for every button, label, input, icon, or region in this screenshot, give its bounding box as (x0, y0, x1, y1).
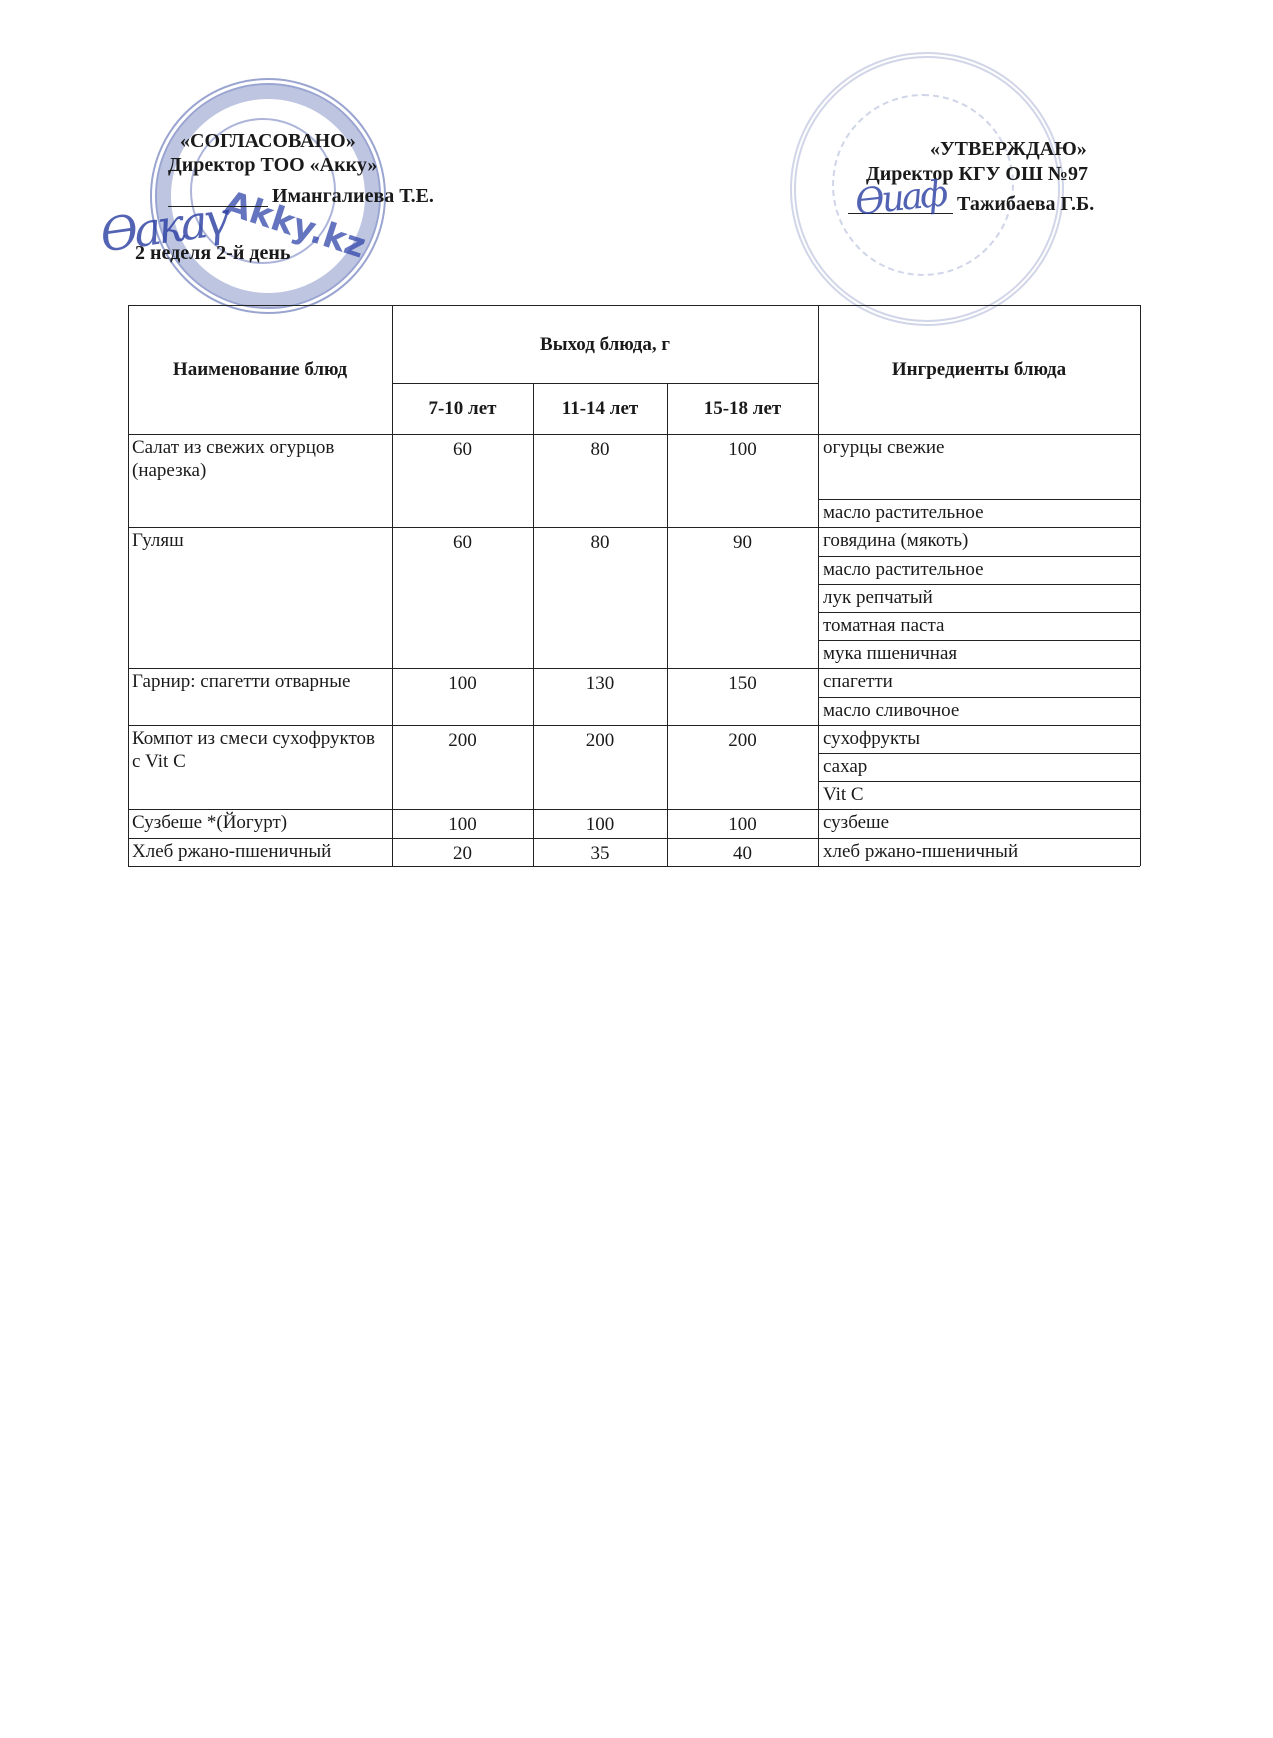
table-grid-line (533, 383, 534, 866)
dish-output-value: 60 (392, 527, 533, 668)
ingredient-item: томатная паста (818, 612, 1140, 640)
table-grid-line (1140, 305, 1141, 866)
table-grid-line (667, 383, 668, 866)
dish-output-value: 100 (667, 434, 818, 527)
table-grid-line (128, 305, 1140, 306)
ingredient-item: масло растительное (818, 556, 1140, 584)
ingredient-item: масло растительное (818, 499, 1140, 527)
ingredient-item: спагетти (818, 668, 1140, 696)
table-grid-line (818, 305, 819, 866)
dish-output-value: 20 (392, 838, 533, 866)
table-grid-line (128, 866, 1140, 867)
dish-output-value: 40 (667, 838, 818, 866)
approval-right-name: Тажибаева Г.Б. (957, 193, 1094, 216)
approval-right-title: «УТВЕРЖДАЮ» (930, 138, 1087, 161)
dish-output-value: 90 (667, 527, 818, 668)
dish-output-value: 60 (392, 434, 533, 527)
header-dish-name: Наименование блюд (128, 305, 392, 434)
dish-name: Салат из свежих огурцов (нарезка) (128, 434, 392, 527)
table-grid-line (128, 305, 129, 866)
dish-output-value: 200 (533, 725, 667, 810)
dish-output-value: 100 (392, 668, 533, 724)
ingredient-item: масло сливочное (818, 697, 1140, 725)
dish-output-value: 100 (533, 809, 667, 837)
dish-output-value: 130 (533, 668, 667, 724)
approval-left-name: Имангалиева Т.Е. (272, 185, 434, 208)
dish-output-value: 200 (392, 725, 533, 810)
ingredient-item: мука пшеничная (818, 640, 1140, 668)
ingredient-item: говядина (мякоть) (818, 527, 1140, 555)
ingredient-item: хлеб ржано-пшеничный (818, 838, 1140, 866)
dish-output-value: 100 (667, 809, 818, 837)
dish-name: Гуляш (128, 527, 392, 668)
header-age-group: 11-14 лет (533, 383, 667, 434)
table-grid-line (392, 383, 818, 384)
dish-output-value: 200 (667, 725, 818, 810)
ingredient-item: сухофрукты (818, 725, 1140, 753)
ingredient-item: сахар (818, 753, 1140, 781)
ingredient-item: сузбеше (818, 809, 1140, 837)
ingredient-item: лук репчатый (818, 584, 1140, 612)
dish-name: Сузбеше *(Йогурт) (128, 809, 392, 837)
dish-output-value: 80 (533, 434, 667, 527)
dish-output-value: 35 (533, 838, 667, 866)
dish-name: Гарнир: спагетти отварные (128, 668, 392, 724)
header-ingredients: Ингредиенты блюда (818, 305, 1140, 434)
dish-name: Хлеб ржано-пшеничный (128, 838, 392, 866)
header-age-group: 7-10 лет (392, 383, 533, 434)
approval-left-position: Директор ТОО «Акку» (168, 154, 377, 177)
dish-name: Компот из смеси сухофруктов с Vit C (128, 725, 392, 810)
dish-output-value: 100 (392, 809, 533, 837)
week-day-label: 2 неделя 2-й день (135, 242, 290, 265)
header-output: Выход блюда, г (392, 305, 818, 383)
approval-left-title: «СОГЛАСОВАНО» (180, 130, 356, 153)
table-grid-line (392, 305, 393, 866)
ingredient-item: огурцы свежие (818, 434, 1140, 499)
dish-output-value: 80 (533, 527, 667, 668)
dish-output-value: 150 (667, 668, 818, 724)
header-age-group: 15-18 лет (667, 383, 818, 434)
ingredient-item: Vit C (818, 781, 1140, 809)
